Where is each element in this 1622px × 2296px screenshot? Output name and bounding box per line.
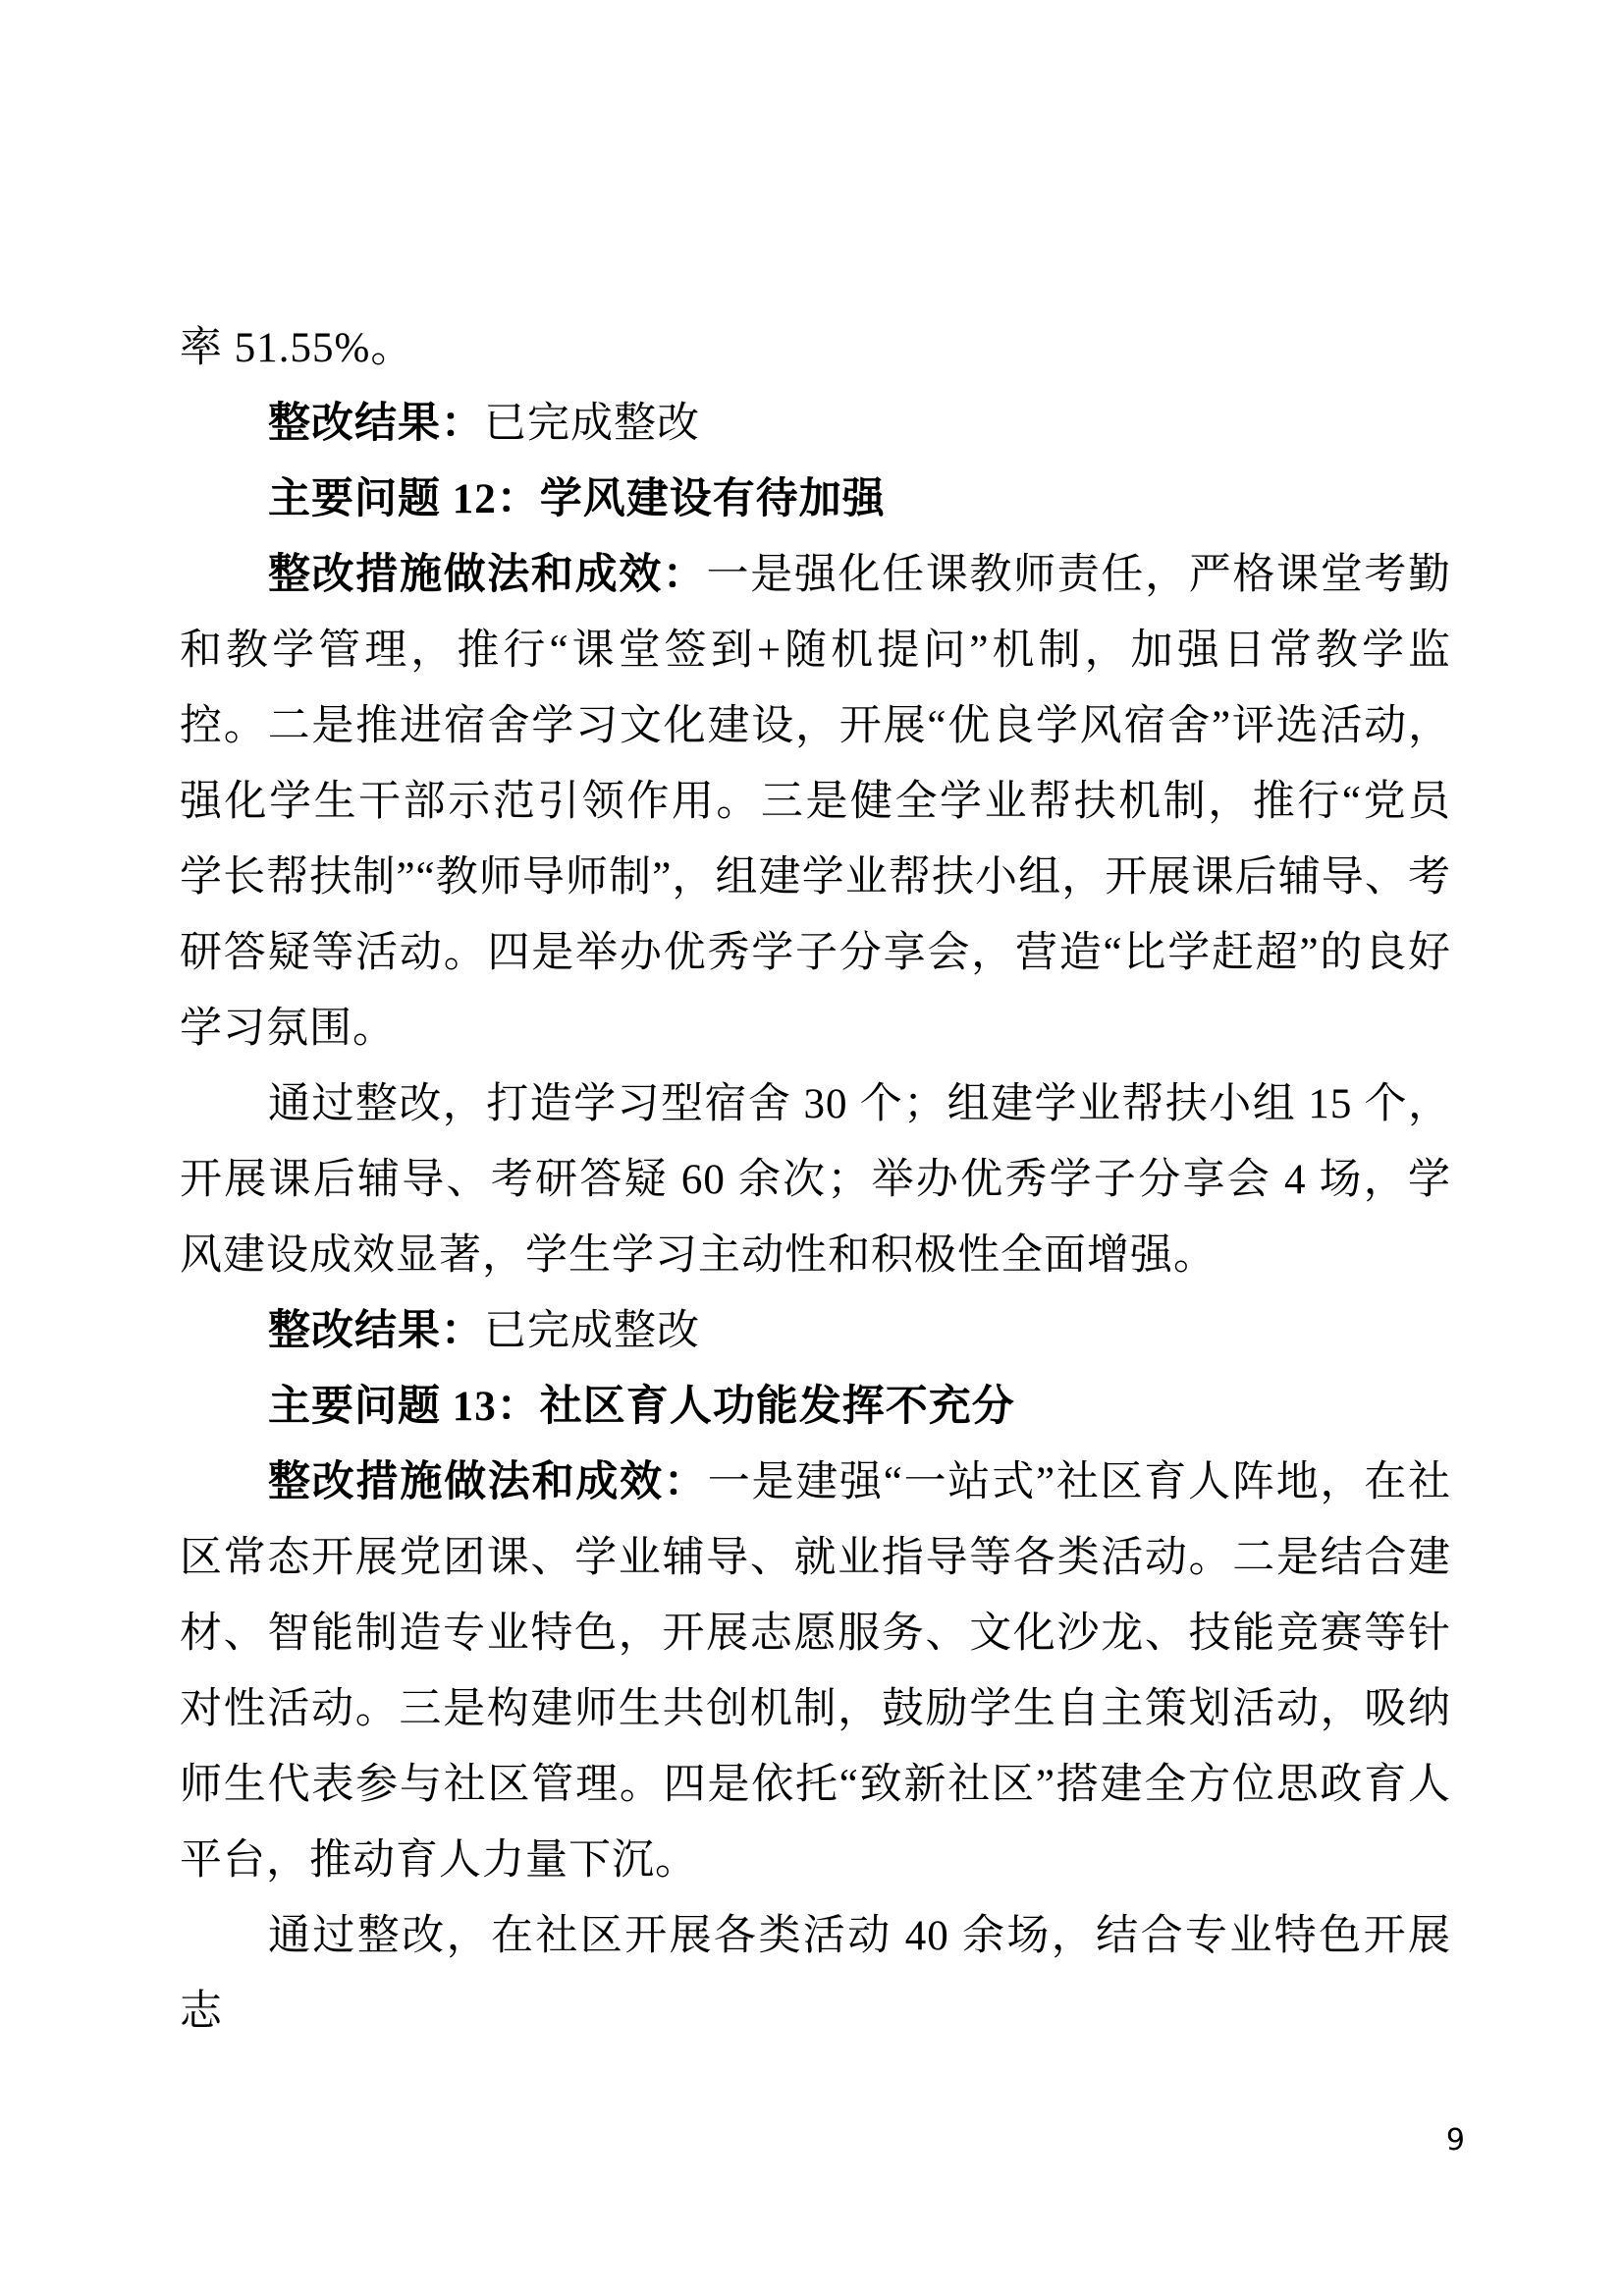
paragraph-text: 一是建强“一站式”社区育人阵地，在社区常态开展党团课、学业辅导、就业指导等各类活… [180, 1459, 1451, 1884]
paragraph-problem-heading: 主要问题 13：社区育人功能发挥不充分 [180, 1369, 1451, 1445]
paragraph-text: 已完成整改 [484, 401, 700, 447]
paragraph-text: 通过整改，在社区开展各类活动 40 余场，结合专业特色开展志 [180, 1913, 1451, 2035]
paragraph-label: 主要问题 12：学风建设有待加强 [268, 476, 886, 522]
paragraph-outcome: 通过整改，在社区开展各类活动 40 余场，结合专业特色开展志 [180, 1898, 1451, 2050]
paragraph-continuation: 率 51.55%。 [180, 310, 1451, 386]
paragraph-label: 主要问题 13：社区育人功能发挥不充分 [268, 1384, 1015, 1430]
document-page: 率 51.55%。 整改结果：已完成整改 主要问题 12：学风建设有待加强 整改… [0, 0, 1622, 2296]
paragraph-label: 整改结果： [268, 401, 484, 447]
paragraph-text: 一是强化任课教师责任，严格课堂考勤和教学管理，推行“课堂签到+随机提问”机制，加… [180, 552, 1451, 1052]
paragraph-result: 整改结果：已完成整改 [180, 386, 1451, 462]
paragraph-text: 通过整改，打造学习型宿舍 30 个；组建学业帮扶小组 15 个，开展课后辅导、考… [180, 1081, 1451, 1279]
paragraph-label: 整改结果： [268, 1308, 484, 1354]
page-number: 9 [1446, 2123, 1465, 2159]
paragraph-label: 整改措施做法和成效： [268, 1459, 708, 1505]
paragraph-label: 整改措施做法和成效： [268, 552, 707, 598]
paragraph-measures: 整改措施做法和成效：一是建强“一站式”社区育人阵地，在社区常态开展党团课、学业辅… [180, 1445, 1451, 1898]
paragraph-measures: 整改措施做法和成效：一是强化任课教师责任，严格课堂考勤和教学管理，推行“课堂签到… [180, 537, 1451, 1066]
paragraph-problem-heading: 主要问题 12：学风建设有待加强 [180, 462, 1451, 537]
paragraph-text: 已完成整改 [484, 1308, 700, 1354]
document-body: 率 51.55%。 整改结果：已完成整改 主要问题 12：学风建设有待加强 整改… [180, 310, 1451, 2050]
paragraph-text: 率 51.55%。 [180, 325, 413, 371]
paragraph-outcome: 通过整改，打造学习型宿舍 30 个；组建学业帮扶小组 15 个，开展课后辅导、考… [180, 1066, 1451, 1293]
paragraph-result: 整改结果：已完成整改 [180, 1293, 1451, 1369]
